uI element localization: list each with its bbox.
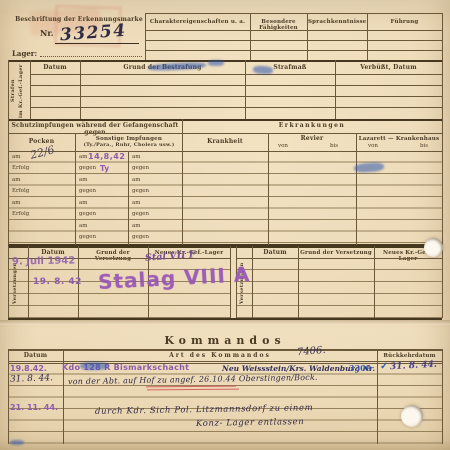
kommando-place-number: 3309 xyxy=(349,363,371,373)
lager-dotted-line xyxy=(40,56,142,57)
rule xyxy=(8,60,9,119)
row-label-gegen: gegen xyxy=(79,189,96,195)
rule xyxy=(442,246,443,318)
row-label-am: am xyxy=(79,155,88,161)
row-label-erfolg: Erfolg xyxy=(12,189,29,195)
rule xyxy=(307,13,308,60)
row-label-gegen: gegen xyxy=(132,212,149,218)
rule xyxy=(356,133,357,245)
rule xyxy=(335,60,336,119)
krankheit-header: Krankheit xyxy=(182,139,268,146)
rule xyxy=(30,96,442,97)
rule xyxy=(245,60,246,119)
rule xyxy=(30,74,442,75)
rule xyxy=(442,349,443,444)
kommando-date-entry: 31. 8. 44. xyxy=(10,374,53,384)
rule xyxy=(8,246,9,318)
hole-punch xyxy=(424,238,443,257)
row-label-am: am xyxy=(132,178,141,184)
strafen-side-label: im Kr.-Gef.-Lager xyxy=(18,64,24,118)
rule xyxy=(442,13,443,60)
rule xyxy=(8,119,442,121)
rule xyxy=(250,13,251,60)
rule xyxy=(145,13,442,14)
kommando-date-stamp: 19.8.42. xyxy=(10,365,47,373)
versetzungen-datum-header: Datum xyxy=(252,250,298,257)
rule xyxy=(367,13,368,60)
revier-bis-label: bis xyxy=(330,144,338,150)
id-nr-value: 33254 xyxy=(59,23,127,45)
strafen-verbuesst-header: Verbüßt, Datum xyxy=(335,65,442,72)
rule xyxy=(182,119,183,245)
rule xyxy=(8,60,442,62)
rule xyxy=(30,107,442,108)
rule xyxy=(442,119,443,245)
versetzungen-grund-header: Grund der Versetzung xyxy=(298,250,374,256)
row-label-am: am xyxy=(132,155,141,161)
rule xyxy=(30,60,31,119)
rule xyxy=(145,30,442,31)
ink-smudge xyxy=(208,60,224,66)
rule xyxy=(8,119,9,245)
row-label-am: am xyxy=(79,201,88,207)
transfer-date-stamp: 9. Juli 1942 xyxy=(12,256,75,267)
row-label-am: am xyxy=(12,201,21,207)
lager-label: Lager: xyxy=(12,49,37,58)
erkrankungen-title: Erkrankungen xyxy=(182,123,442,130)
rule xyxy=(268,133,269,245)
return-check-mark: ✓ xyxy=(380,361,388,372)
row-label-gegen: gegen xyxy=(132,189,149,195)
kommandos-title: Kommandos xyxy=(0,335,450,348)
row-label-am: am xyxy=(79,224,88,230)
kommando-text-line2: Konz- Lager entlassen xyxy=(196,418,304,428)
hole-punch xyxy=(401,405,423,427)
sonstige-header-line2: (Ty./Para., Ruhr, Cholera usw.) xyxy=(76,143,182,149)
rule xyxy=(298,246,299,318)
card-edge-shadow xyxy=(0,320,450,325)
rule xyxy=(128,151,129,245)
row-label-gegen: gegen xyxy=(79,235,96,241)
kommando-date-stamp: 21. 11. 44. xyxy=(10,404,58,412)
rule xyxy=(80,60,81,119)
ink-smudge xyxy=(80,362,108,370)
row-label-erfolg: Erfolg xyxy=(12,166,29,172)
row-label-gegen: gegen xyxy=(79,166,96,172)
pow-record-card: Beschriftung der Erkennungsmarke Nr. 332… xyxy=(0,0,450,450)
id-nr-label: Nr. xyxy=(40,28,54,38)
kommandos-datum-header: Datum xyxy=(8,353,63,360)
row-label-am: am xyxy=(12,155,21,161)
rule xyxy=(75,133,76,245)
rule xyxy=(145,40,442,41)
revier-von-label: von xyxy=(278,144,288,150)
kommandos-rueckkehr-header: Rückkehrdatum xyxy=(377,353,442,359)
rule xyxy=(145,50,442,51)
traits-col3-header: Sprachkenntnisse xyxy=(308,19,366,25)
row-label-am: am xyxy=(12,178,21,184)
traits-col1-header: Charaktereigenschaften u. a. xyxy=(147,19,248,25)
ink-smudge xyxy=(10,440,24,445)
ruled-rows xyxy=(236,258,442,318)
lazarett-bis-label: bis xyxy=(420,144,428,150)
lazarett-header: Lazarett — Krankenhaus xyxy=(356,136,442,142)
row-label-gegen: gegen xyxy=(79,212,96,218)
row-label-am: am xyxy=(132,201,141,207)
row-label-gegen: gegen xyxy=(132,166,149,172)
revier-header: Revier xyxy=(268,136,356,143)
row-label-erfolg: Erfolg xyxy=(12,212,29,218)
rule xyxy=(8,349,9,444)
transfer-date-stamp: 19. 8. 42 xyxy=(33,278,82,287)
rule xyxy=(377,349,378,444)
strafen-side-label: Strafen xyxy=(10,66,16,116)
row-label-am: am xyxy=(132,224,141,230)
vaccination-type-stamp: Ty xyxy=(100,165,109,173)
traits-col4-header: Führung xyxy=(368,19,441,25)
strafen-datum-header: Datum xyxy=(30,65,80,72)
row-label-gegen: gegen xyxy=(132,235,149,241)
rule xyxy=(252,246,253,318)
vaccination-date-stamp: 14,8,42 xyxy=(88,153,125,161)
rule xyxy=(30,85,442,86)
rule xyxy=(8,246,442,248)
rule xyxy=(8,133,442,134)
kommandos-art-header: Art des Kommandos xyxy=(63,353,377,360)
rule xyxy=(442,60,443,119)
row-label-am: am xyxy=(79,178,88,184)
lazarett-von-label: von xyxy=(368,144,378,150)
impfungen-title: Schutzimpfungen während der Gefangenscha… xyxy=(9,123,181,137)
rule xyxy=(145,13,146,60)
rule xyxy=(374,246,375,318)
